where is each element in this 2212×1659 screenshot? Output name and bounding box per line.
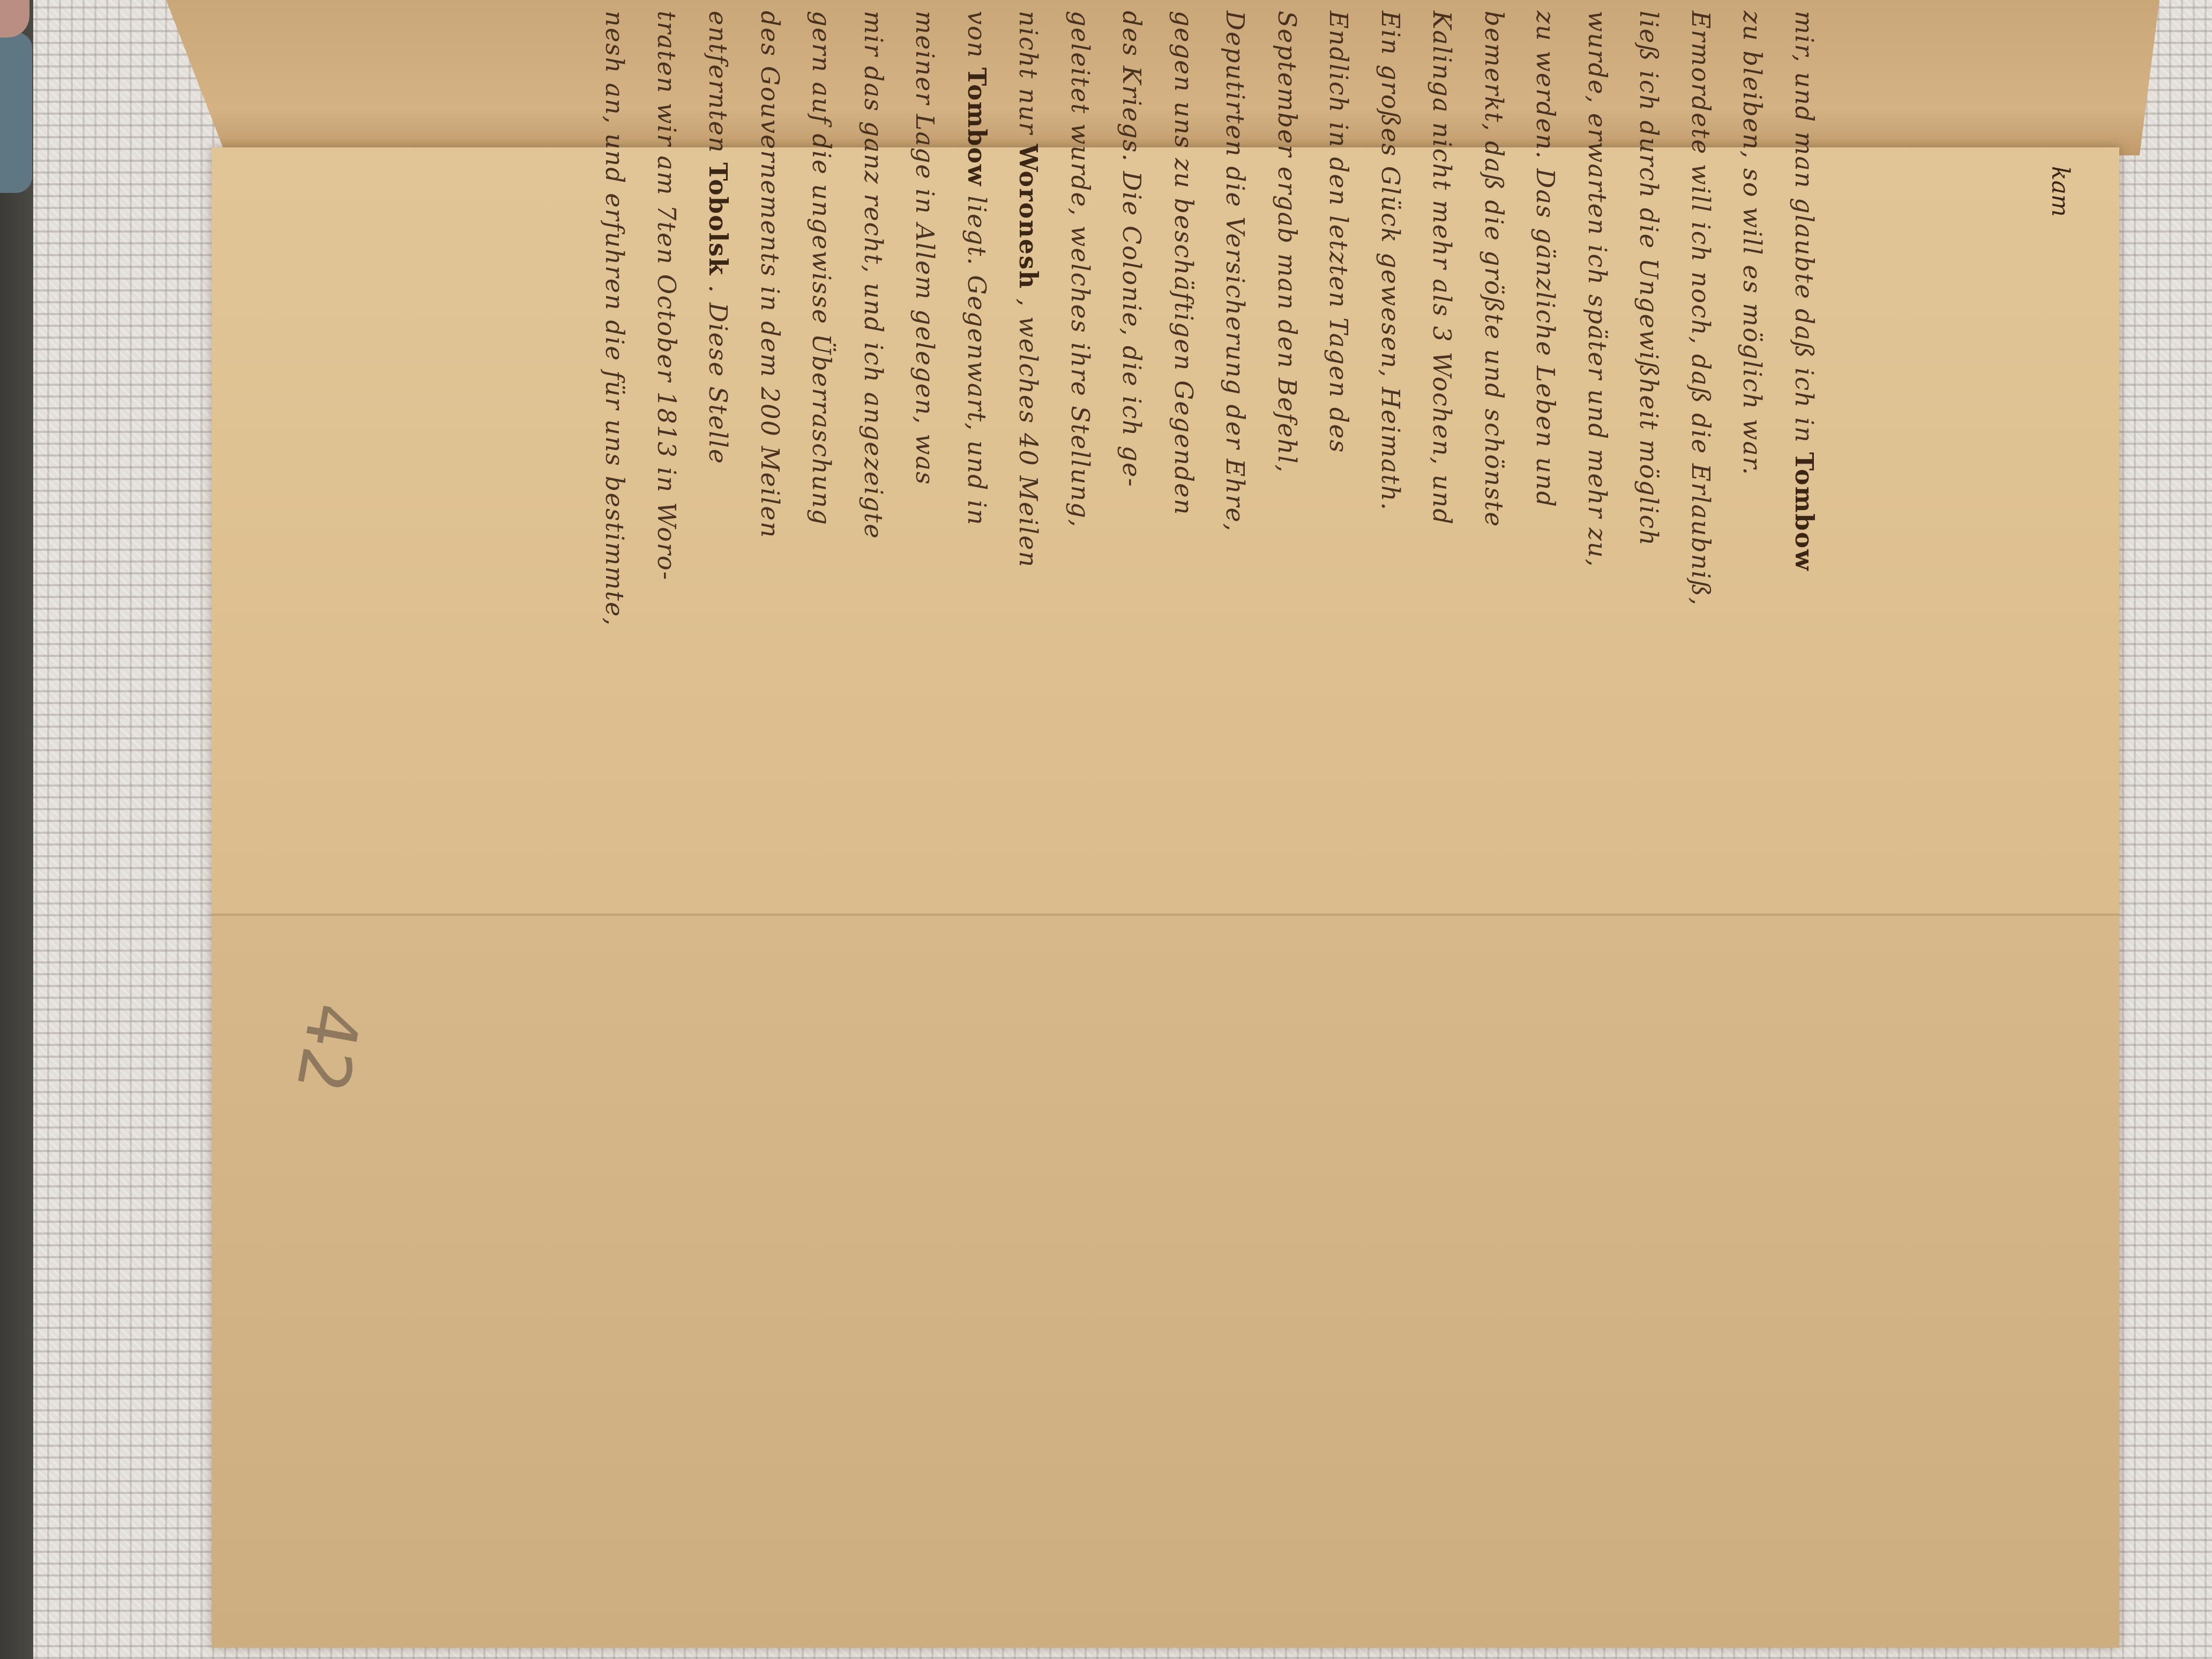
line-text: Endlich in den letzten Tagen des: [1325, 11, 1354, 453]
handwritten-line: gegen uns zu beschäftigen Gegenden: [1158, 11, 1210, 761]
line-text: gegen uns zu beschäftigen Gegenden: [1169, 11, 1198, 515]
handwritten-line: Ein großes Glück gewesen, Heimath.: [1365, 11, 1417, 761]
line-text: bemerkt, daß die größte und schönste: [1479, 11, 1508, 527]
line-text: entfernten: [704, 11, 733, 162]
handwritten-line: geleitet wurde, welches ihre Stellung,: [1055, 11, 1107, 761]
line-text: zu bleiben, so will es möglich war.: [1738, 11, 1767, 476]
blank-lower-half: [212, 916, 2119, 1648]
line-text: traten wir am 7ten October 1813 in Woro-: [652, 11, 681, 581]
catchword: kam: [2046, 166, 2074, 217]
line-text: des Gouvernements in dem 200 Meilen: [756, 11, 784, 539]
line-text: von: [962, 11, 991, 68]
handwritten-line: nicht nur Woronesh , welches 40 Meilen: [1003, 11, 1055, 761]
line-text: geleitet wurde, welches ihre Stellung,: [1066, 11, 1095, 528]
line-text: zu werden. Das gänzliche Leben und: [1531, 11, 1560, 508]
place-name: Tobolsk: [704, 162, 733, 276]
line-text: gern auf die ungewisse Überraschung: [808, 11, 836, 526]
handwritten-line: zu werden. Das gänzliche Leben und: [1520, 11, 1572, 761]
line-text: nesh an, und erfuhren die für uns bestim…: [601, 11, 630, 626]
handwritten-line: bemerkt, daß die größte und schönste: [1468, 11, 1520, 761]
line-text: Ein großes Glück gewesen, Heimath.: [1376, 11, 1405, 511]
handwritten-line: gern auf die ungewisse Überraschung: [796, 11, 848, 761]
handwritten-line: traten wir am 7ten October 1813 in Woro-: [641, 11, 693, 761]
handwritten-line: meiner Lage in Allem gelegen, was: [899, 11, 951, 761]
handwritten-text-block: mir, und man glaubte daß ich in Tombowzu…: [115, 11, 1830, 761]
handwritten-line: des Kriegs. Die Colonie, die ich ge-: [1106, 11, 1158, 761]
line-text: Kalinga nicht mehr als 3 Wochen, und: [1428, 11, 1457, 526]
place-name: Woronesh: [1014, 144, 1043, 290]
line-text: mir das ganz recht, und ich angezeigte: [859, 11, 888, 540]
place-name: Tombow: [962, 68, 991, 187]
handwritten-line: mir das ganz recht, und ich angezeigte: [848, 11, 900, 761]
place-name: Tombow: [1790, 452, 1819, 572]
handwritten-line: wurde, erwarten ich später und mehr zu,: [1572, 11, 1624, 761]
handwritten-line: Kalinga nicht mehr als 3 Wochen, und: [1416, 11, 1468, 761]
line-text: September ergab man den Befehl,: [1273, 11, 1302, 473]
handwritten-line: von Tombow liegt. Gegenwart, und in: [951, 11, 1003, 761]
line-text: mir, und man glaubte daß ich in: [1790, 11, 1819, 452]
line-text: wurde, erwarten ich später und mehr zu,: [1583, 11, 1612, 567]
handwritten-line: mir, und man glaubte daß ich in Tombow: [1778, 11, 1830, 761]
page-number: 42: [281, 997, 376, 1098]
line-text-after: , welches 40 Meilen: [1014, 289, 1043, 568]
line-text-after: liegt. Gegenwart, und in: [962, 187, 991, 526]
line-text: des Kriegs. Die Colonie, die ich ge-: [1118, 11, 1147, 488]
handwritten-line: September ergab man den Befehl,: [1261, 11, 1313, 761]
line-text: nicht nur: [1014, 11, 1043, 144]
line-text: Deputirten die Versicherung der Ehre,: [1221, 11, 1250, 532]
line-text-after: . Diese Stelle: [704, 276, 733, 465]
handwritten-line: ließ ich durch die Ungewißheit möglich: [1623, 11, 1675, 761]
dark-surface-edge: [0, 0, 33, 1659]
handwritten-line: Endlich in den letzten Tagen des: [1313, 11, 1365, 761]
blue-object-corner: [0, 32, 32, 193]
handwritten-line: Ermordete will ich noch, daß die Erlaubn…: [1675, 11, 1727, 761]
handwritten-line: nesh an, und erfuhren die für uns bestim…: [589, 11, 641, 761]
handwritten-line: zu bleiben, so will es möglich war.: [1727, 11, 1778, 761]
handwritten-line: Deputirten die Versicherung der Ehre,: [1209, 11, 1261, 761]
handwritten-line: des Gouvernements in dem 200 Meilen: [744, 11, 796, 761]
line-text: Ermordete will ich noch, daß die Erlaubn…: [1686, 11, 1715, 606]
line-text: meiner Lage in Allem gelegen, was: [911, 11, 940, 485]
handwritten-line: entfernten Tobolsk . Diese Stelle: [692, 11, 744, 761]
line-text: ließ ich durch die Ungewißheit möglich: [1635, 11, 1664, 547]
